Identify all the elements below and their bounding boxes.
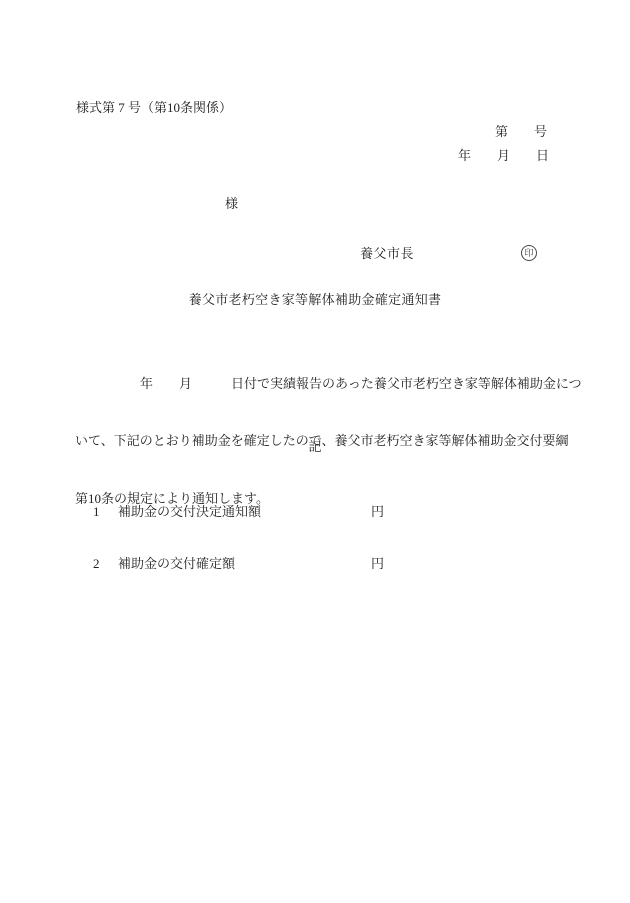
sender-name: 養父市長: [360, 246, 414, 262]
document-number-line: 第 号: [495, 124, 547, 140]
seal-mark-icon: 印: [521, 245, 537, 261]
item-label: 補助金の交付決定通知額: [118, 504, 371, 520]
item-number: 2: [93, 556, 118, 572]
document-title: 養父市老朽空き家等解体補助金確定通知書: [0, 292, 630, 308]
seal-label: 印: [524, 249, 533, 258]
item-unit: 円: [371, 556, 384, 571]
list-heading: 記: [0, 439, 630, 455]
body-line: 年 月 日付で実績報告のあった養父市老朽空き家等解体補助金につ: [75, 371, 575, 396]
item-number: 1: [93, 504, 118, 520]
date-line: 年 月 日: [458, 148, 549, 164]
item-row: 1補助金の交付決定通知額円: [80, 488, 384, 537]
form-number-label: 様式第 7 号（第10条関係）: [76, 100, 232, 116]
item-label: 補助金の交付確定額: [118, 556, 371, 572]
addressee-honorific: 様: [225, 196, 238, 212]
document-page: 様式第 7 号（第10条関係） 第 号 年 月 日 様 養父市長 印 養父市老朽…: [0, 0, 630, 903]
item-row: 2補助金の交付確定額円: [80, 540, 384, 589]
item-unit: 円: [371, 504, 384, 519]
